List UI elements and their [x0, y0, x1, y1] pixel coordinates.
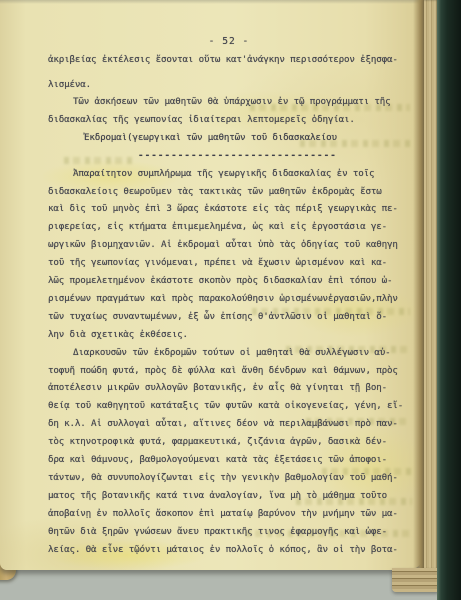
document-line: Ἐκδρομαὶ(γεωργικαὶ τῶν μαθητῶν τοῦ διδασ… [84, 132, 337, 144]
document-line: διδασκαλίας τῆς γεωπονίας ἰδιαίτεραι λεπ… [48, 114, 355, 126]
document-line: θείᾳ τοῦ καθηγητοῦ κατάταξις τῶν φυτῶν κ… [48, 400, 403, 412]
scanned-document-photo: - 52 - ἀκριβείας ἐκτέλεσις ἔσονται οὕτω … [0, 0, 461, 600]
document-line: Τῶν ἀσκήσεων τῶν μαθητῶν θὰ ὑπάρχωσιν ἐν… [73, 96, 391, 108]
document-line: Διαρκουσῶν τῶν ἐκδρομῶν τούτων οἱ μαθητα… [73, 347, 391, 359]
document-line: θητῶν διὰ ξηρῶν γνώσεων ἄνευ πρακτικῆς τ… [48, 526, 387, 538]
document-line: διδασκαλείοις θεωροῦμεν τὰς τακτικὰς τῶν… [48, 186, 382, 198]
document-line: δη κ.λ. Αἱ συλλογαὶ αὗται, αἵτινες δέον … [48, 418, 398, 430]
document-line: λην διὰ σχετικὰς ἐκθέσεις. [48, 329, 188, 341]
document-line: ἀποβαίνῃ ἐν πολλοῖς ἄσκοπον ἐπὶ ματαίῳ β… [48, 508, 398, 520]
bottom-page-edges [392, 568, 440, 592]
page-number: - 52 - [48, 36, 410, 47]
document-line: τοῦ τῆς γεωπονίας γινόμεναι, πρέπει νὰ ἔ… [48, 257, 387, 269]
document-line: δρα καὶ θάμνους, βαθμολογούμεναι κατὰ τὰ… [48, 454, 387, 466]
document-line: λῶς προμελετημένον ἑκάστοτε σκοπὸν πρὸς … [48, 275, 392, 287]
document-line: ρισμένων πραγμάτων καὶ πρὸς παρακολούθησ… [48, 293, 398, 305]
document-line: ριφερείας, εἰς κτήματα ἐπιμεμελημένα, ὡς… [48, 221, 387, 233]
document-line: ------------------------------ [138, 150, 337, 162]
document-line: τῶν τυχαίως συναντωμένων, ἐξ ὧν ἐπίσης θ… [48, 311, 387, 323]
document-line: ματος τῆς βοτανικῆς κατά τινα ἀναλογίαν,… [48, 490, 387, 502]
typewritten-text-block: - 52 - ἀκριβείας ἐκτέλεσις ἔσονται οὕτω … [0, 0, 424, 570]
document-line: λείας. Θὰ εἶνε τῷόντι μάταιος ἐν πολλοῖς… [48, 544, 398, 556]
document-line: καὶ δὶς τοῦ μηνὸς ἐπὶ 3 ὥρας ἑκάστοτε εἰ… [48, 203, 398, 215]
document-line: ἀποτέλεσιν μικρῶν συλλογῶν βοτανικῆς, ἐν… [48, 382, 387, 394]
document-line: τὸς κτηνοτροφικὰ φυτά, φαρμακευτικά, ζιζ… [48, 436, 387, 448]
document-line: Ἀπαραίτητον συμπλήρωμα τῆς γεωργικῆς διδ… [73, 168, 374, 180]
document-line: ωργικῶν βιομηχανιῶν. Αἱ ἐκδρομαὶ αὗται ὑ… [48, 239, 398, 251]
document-line: τοφυῆ ποώδη φυτά, πρὸς δὲ φύλλα καὶ ἄνθη… [48, 365, 398, 377]
document-line: ἀκριβείας ἐκτέλεσις ἔσονται οὕτω κατ'ἀνά… [48, 54, 398, 66]
document-line: τάντων, θὰ συνυπολογίζωνται εἰς τὴν γενι… [48, 472, 398, 484]
document-line: λισμένα. [48, 79, 91, 91]
book-cover-spine [437, 0, 461, 600]
